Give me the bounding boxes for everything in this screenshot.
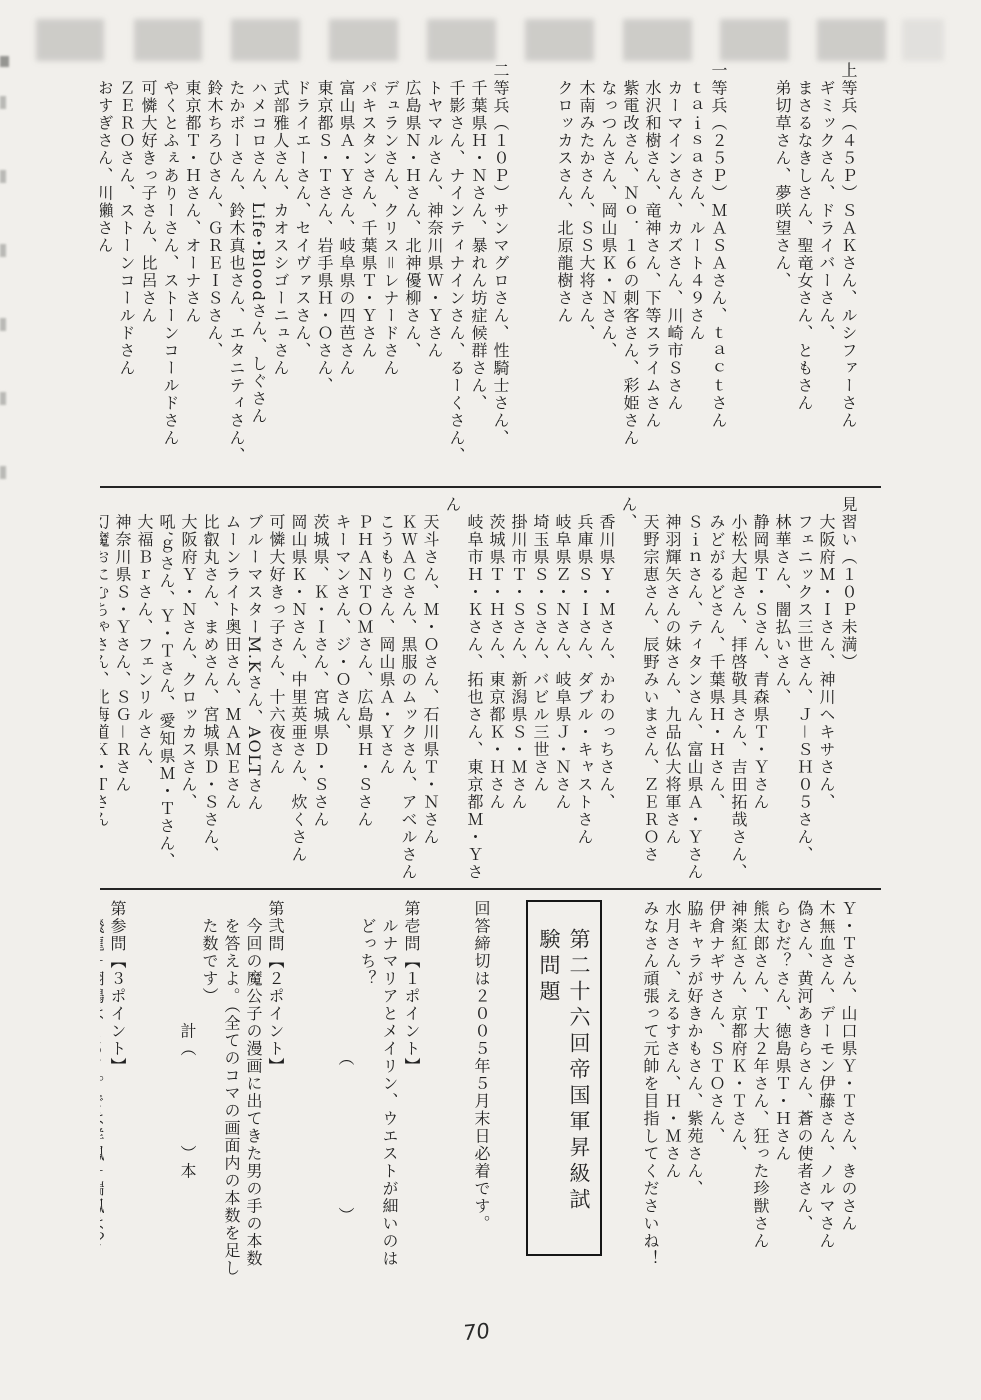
scan-artifact (0, 244, 6, 257)
exam-deadline: 回答締切は２００５年５月末日必着です。 (470, 900, 492, 1333)
credits-rank-superior-private: 上等兵（４５Ｐ）ＳＡＫさん、ルシファーさん ギミックさん、ドライバーさん、 まさ… (771, 62, 859, 486)
scan-artifact (0, 466, 6, 479)
exam-title: 第二十六回帝国軍昇級試験問題 (526, 900, 602, 1256)
scan-artifact (0, 56, 9, 67)
scan-artifact (231, 19, 300, 61)
scan-artifact (427, 19, 496, 61)
scan-artifact (525, 19, 594, 61)
scan-artifact (902, 19, 944, 61)
scan-artifact (36, 19, 104, 61)
scan-artifact (0, 96, 6, 109)
section-divider-line (100, 486, 881, 488)
credits-top-band: 上等兵（４５Ｐ）ＳＡＫさん、ルシファーさん ギミックさん、ドライバーさん、 まさ… (100, 62, 881, 486)
credits-middle-band: 見習い（１０Ｐ未満） 大阪府Ｍ・Ｉさん、神川ヘキサさん、 フェニックス三世さん、… (100, 496, 881, 886)
scan-artifact (0, 170, 6, 183)
scan-artifact (329, 19, 398, 61)
credits-rank-private-first-class: 一等兵（２５Ｐ）ＭＡＳＡさん、ｔａｃｔさん ｔａｉｓａさん、ルート４９さん カー… (553, 62, 729, 486)
scan-artifact (134, 19, 202, 61)
exam-question-2: 第弐問【２ポイント】 今回の魔公子の漫画に出てきた男の手の本数 を答えよ。（全て… (176, 900, 286, 1333)
exam-question-1: 第壱問【１ポイント】 ルナマリアとメイリン、ウエストが細いのは どっち？ （ ） (334, 900, 422, 1333)
scanned-page: 上等兵（４５Ｐ）ＳＡＫさん、ルシファーさん ギミックさん、ドライバーさん、 まさ… (0, 0, 981, 1400)
section-divider-line (100, 888, 881, 890)
page-number: 70 (463, 1319, 490, 1345)
scan-artifact (0, 392, 6, 405)
exam-bottom-band: Ｙ・Ｔさん、山口県Ｙ・Ｔさん、きのさん 木無血さん、デーモン伊藤さん、ノルマさん… (100, 900, 881, 1333)
scan-artifact (720, 19, 789, 61)
credits-rank-apprentice-continued: Ｙ・Ｔさん、山口県Ｙ・Ｔさん、きのさん 木無血さん、デーモン伊藤さん、ノルマさん… (639, 900, 859, 1333)
credits-rank-apprentice: 見習い（１０Ｐ未満） 大阪府Ｍ・Ｉさん、神川ヘキサさん、 フェニックス三世さん、… (100, 496, 859, 886)
scan-artifact (0, 318, 6, 331)
credits-rank-private-second-class: 二等兵（１０Ｐ）サンマグロさん、性騎士さん、 千葉県Ｈ・Ｎさん、暴れん坊症候群さ… (100, 62, 511, 486)
scan-artifact (623, 19, 692, 61)
exam-question-3: 第参問【３ポイント】 飛龍＋翔鶴は１５７。では祥鳳＋瑞鳳は？ （ ） (100, 900, 128, 1333)
scan-artifact (817, 19, 886, 61)
